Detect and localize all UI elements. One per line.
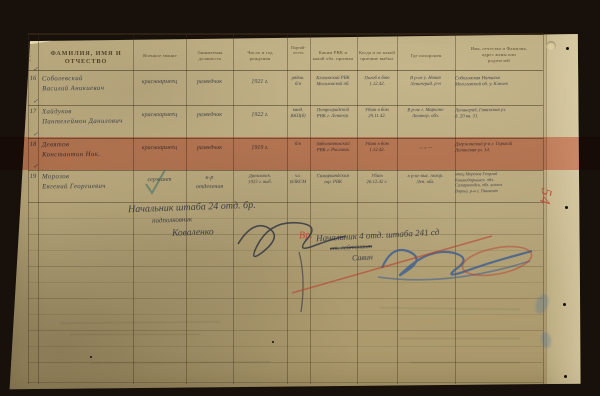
grid-line-horizontal	[28, 266, 543, 267]
cell-party: канд. ВКП(б)	[286, 108, 310, 121]
cell-rank: красноармеец	[134, 78, 185, 88]
paper-fold-edge	[546, 33, 580, 385]
cell-rank: сержант	[134, 176, 185, 186]
cell-name: Соболевский Василий Аникиевич	[42, 74, 134, 95]
cell-born: Даниловск. 1923 г. выб.	[234, 174, 286, 187]
grid-line-horizontal	[28, 282, 543, 283]
punch-hole	[546, 41, 556, 51]
column-header-number: №№ по пор.	[28, 36, 38, 68]
cell-rank: красноармеец	[134, 111, 185, 121]
ink-speck	[90, 356, 92, 358]
grid-line-horizontal	[28, 33, 543, 35]
column-header-buried: Где похоронен	[398, 53, 454, 59]
column-header-rank: Военное звание	[135, 53, 185, 59]
cell-duty: к-р отделения	[187, 174, 232, 192]
row-number: 17	[26, 107, 40, 117]
cell-fate: Погиб в бою 1.12.42.	[357, 76, 397, 89]
column-header-rvk: Каким РВК и какой обл. призван	[311, 50, 355, 62]
grid-line-horizontal	[28, 202, 543, 203]
row-number: 16	[26, 74, 40, 84]
note2-prefix: Вр.	[299, 230, 313, 242]
cell-buried: В р-не г. Марьино Ленингр. обл.	[397, 108, 454, 121]
ink-speck	[565, 206, 568, 209]
grid-line-horizontal	[28, 382, 543, 383]
row-number: 19	[26, 172, 40, 182]
grid-line-horizontal	[28, 298, 543, 299]
cell-rvk: Петроградский РВК г. Ленингр.	[310, 108, 356, 121]
column-header-fate: Когда и по какой причине выбыл	[358, 50, 396, 62]
cell-party: рядов. б/п	[286, 76, 310, 89]
ink-speck	[563, 303, 566, 306]
note1-signatory-name: Коваленко	[172, 227, 214, 238]
page-number-red: 54	[535, 187, 554, 206]
column-header-born: Число и год рождения	[235, 50, 285, 62]
cell-name: Хайдуков Пантелеймон Данилович	[42, 107, 134, 128]
cell-relatives: Ленинград, Гаванская ул. д. 20 кв. 31.	[455, 108, 542, 121]
grid-line-horizontal	[28, 70, 543, 71]
bleed-through-mark	[410, 362, 520, 363]
cell-party: чл. ВЛКСМ	[286, 174, 310, 187]
cell-duty: разведчик	[187, 78, 232, 87]
ink-speck	[564, 375, 567, 378]
cell-born: 1922 г.	[234, 111, 286, 121]
column-header-name: ФАМИЛИЯ, ИМЯ И ОТЧЕСТВО	[40, 50, 132, 67]
grid-line-horizontal	[28, 346, 543, 347]
cell-fate: Убит в бою 29.11.42.	[357, 108, 397, 121]
cell-relatives: отец Морозов Георгий Кашкадарьинск. обл.…	[455, 171, 542, 195]
ink-speck	[272, 341, 274, 343]
cell-rvk: Самаркандским гор. РВК	[310, 174, 356, 187]
cell-born: 1921 г.	[234, 78, 286, 88]
note1-rank: подполковник	[152, 215, 192, 224]
note2-signatory-name: Савин	[352, 252, 373, 262]
column-header-duty: Занимаемая должность	[188, 50, 232, 62]
column-header-relatives: Имя, отчество и Фамилия, адрес жены или …	[456, 46, 542, 65]
check-icon: ✓	[33, 66, 38, 73]
grid-line-vertical	[28, 33, 29, 384]
column-header-party: Партий- ность	[287, 46, 310, 57]
grid-line-horizontal	[28, 250, 543, 251]
grid-line-horizontal	[28, 314, 543, 315]
cell-relatives: Соболевская Наталья Могилевской об. у. К…	[455, 76, 542, 89]
bleed-through-mark	[400, 338, 520, 339]
cell-buried: в р-не выс. похор. Лен. обл.	[397, 174, 454, 187]
cell-buried: В р-не у. Новая Ленинград. р-н	[397, 76, 454, 89]
grid-line-horizontal	[28, 218, 543, 219]
cell-name: Морозов Евгений Георгиевич	[42, 172, 134, 193]
ink-speck	[566, 47, 569, 50]
cell-rvk: Кличевский РВК Могилевской об.	[310, 76, 356, 89]
cell-fate: Убит 26.12.42 г.	[357, 174, 397, 187]
grid-line-horizontal	[28, 234, 543, 235]
cell-duty: разведчик	[187, 111, 232, 120]
check-icon: ✓	[33, 98, 38, 105]
grid-line-horizontal	[28, 330, 543, 331]
bleed-through-mark	[70, 334, 200, 335]
document-scan: №№ по пор. ФАМИЛИЯ, ИМЯ И ОТЧЕСТВО Военн…	[0, 0, 600, 396]
red-highlight-band	[0, 137, 600, 170]
grid-line-vertical	[38, 33, 39, 384]
